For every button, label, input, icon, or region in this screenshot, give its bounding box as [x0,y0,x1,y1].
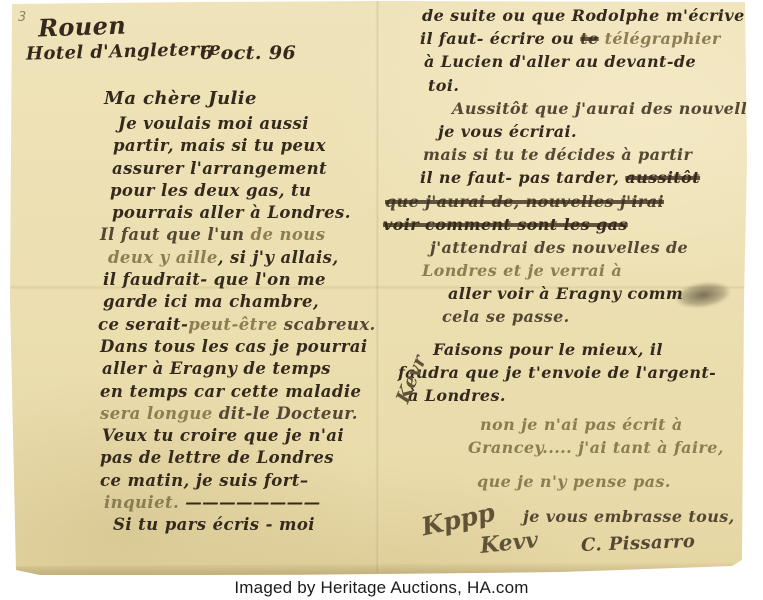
handwritten-line: que j'aurai de, nouvelles j'irai [380,192,763,215]
handwritten-line: faudra que je t'envoie de l'argent- [380,363,763,386]
ink-segment: Veux tu croire que je n'ai [102,426,344,445]
caption-text: Imaged by Heritage Auctions, HA.com [234,578,528,598]
handwritten-line: ce serait-peut-être scabreux. [96,315,376,337]
handwritten-line: Dans tous les cas je pourrai [96,337,376,359]
letter-signature: C. Pissarro [581,531,696,556]
ink-segment: à Londres. [408,386,506,405]
ink-segment: Grancey..... j'ai tant à faire, [468,438,724,457]
handwritten-line: Grancey..... j'ai tant à faire, [380,438,763,461]
ink-segment: que j'aurai de, nouvelles j'irai [385,192,664,211]
handwritten-line: à Londres. [380,386,763,409]
handwritten-line: pourrais aller à Londres. [96,203,376,225]
ink-segment: aussitôt [625,168,700,187]
handwritten-line: à Lucien d'aller au devant-de [380,52,763,75]
ink-segment: il ne faut- pas tarder, [420,168,625,187]
handwritten-line: aller voir à Eragny comm [380,284,763,307]
ink-segment: partir, mais si tu peux [113,136,326,155]
letter-paper: 3 Rouen Hotel d'Angleterre. 6 oct. 96 Ma… [0,0,763,600]
handwritten-line: assurer l'arrangement [96,159,376,181]
handwritten-line: Londres et je verrai à [380,261,763,284]
handwritten-line: en temps car cette maladie [96,382,376,404]
handwritten-line: inquiet. ———————— [96,493,376,515]
ink-segment: peut-être [188,315,277,334]
handwritten-line: deux y aille, si j'y allais, [96,248,376,270]
ink-segment: assurer l'arrangement [112,159,327,178]
handwritten-line: je vous écrirai. [380,122,763,145]
letter-right-column: de suite ou que Rodolphe m'écriveil faut… [380,6,763,495]
ink-segment: Je voulais moi aussi [118,114,309,133]
ink-segment: pourrais aller à Londres. [112,203,351,222]
page-number-pencil-mark: 3 [18,10,26,25]
ink-segment: pour les deux gas, tu [110,181,311,200]
handwritten-line: Je voulais moi aussi [96,114,376,136]
ink-segment: aller voir à Eragny comm [448,284,683,303]
ink-segment: ce serait- [98,315,188,334]
letter-salutation: Ma chère Julie [104,88,257,109]
handwritten-line: que je n'y pense pas. [380,472,763,495]
ink-segment: Londres et je verrai à [422,261,622,280]
letter-left-column: Je voulais moi aussipartir, mais si tu p… [96,114,376,538]
handwritten-line: il faudrait- que l'on me [96,270,376,292]
ink-segment: dit-le Docteur. [219,404,358,423]
ink-segment: deux y aille [108,248,218,267]
handwritten-line: de suite ou que Rodolphe m'écrive [380,6,763,29]
handwritten-line: toi. [380,76,763,99]
ink-segment: Aussitôt que j'aurai des nouvelles [452,99,763,118]
ink-segment: Si tu pars écris - moi [113,515,315,534]
ink-segment: aller à Eragny de temps [102,359,331,378]
ink-segment: toi. [428,76,459,95]
letter-valediction: je vous embrasse tous, [523,507,735,526]
ink-segment: en temps car cette maladie [100,382,361,401]
handwritten-line: mais si tu te décides à partir [380,145,763,168]
handwritten-line: il faut- écrire ou te télégraphier [380,29,763,52]
caption-bar: Imaged by Heritage Auctions, HA.com [0,575,763,600]
handwritten-line: voir comment sont les gas [380,215,763,238]
ink-segment: garde ici ma chambre, [103,292,319,311]
handwritten-line: j'attendrai des nouvelles de [380,238,763,261]
ink-segment: te [580,29,598,48]
ink-segment: il faut- écrire ou [420,29,580,48]
ink-segment: mais si tu te décides à partir [423,145,692,164]
handwritten-line: pour les deux gas, tu [96,181,376,203]
ink-segment: scabreux. [278,315,376,334]
ink-segment: je vous écrirai. [438,122,577,141]
handwritten-line: Faisons pour le mieux, il [380,340,763,363]
ink-segment: à Lucien d'aller au devant-de [424,52,696,71]
pen-scribble: Kevv [479,527,540,559]
handwritten-line: Si tu pars écris - moi [96,515,376,537]
ink-segment: que je n'y pense pas. [477,472,671,491]
handwritten-line: aller à Eragny de temps [96,359,376,381]
ink-segment: Il faut que l'un [100,225,251,244]
ink-segment: cela se passe. [442,307,570,326]
letter-address: Hotel d'Angleterre. [26,38,228,64]
ink-segment: il faudrait- que l'on me [103,270,326,289]
handwritten-line: il ne faut- pas tarder, aussitôt [380,168,763,191]
handwritten-line: pas de lettre de Londres [96,448,376,470]
ink-segment: voir comment sont les gas [383,215,628,234]
handwritten-line: ce matin, je suis fort– [96,471,376,493]
ink-segment: faudra que je t'envoie de l'argent- [398,363,716,382]
ink-segment: non je n'ai pas écrit à [480,415,683,434]
handwritten-line: sera longue dit-le Docteur. [96,404,376,426]
letter-date: 6 oct. 96 [200,42,296,64]
handwritten-line: Veux tu croire que je n'ai [96,426,376,448]
handwritten-line: partir, mais si tu peux [96,136,376,158]
ink-segment: j'attendrai des nouvelles de [430,238,688,257]
ink-segment: Faisons pour le mieux, il [433,340,663,359]
ink-segment: ———————— [185,493,320,512]
ink-segment: pas de lettre de Londres [100,448,334,467]
handwritten-line: Il faut que l'un de nous [96,225,376,247]
handwritten-line: non je n'ai pas écrit à [380,415,763,438]
ink-segment: Dans tous les cas je pourrai [100,337,368,356]
ink-segment: de suite ou que Rodolphe m'écrive [422,6,745,25]
ink-segment: sera longue [100,404,219,423]
scanned-letter-page: 3 Rouen Hotel d'Angleterre. 6 oct. 96 Ma… [0,0,763,600]
ink-segment: , si j'y allais, [218,248,339,267]
handwritten-line: cela se passe. [380,307,763,330]
handwritten-line: Aussitôt que j'aurai des nouvelles [380,99,763,122]
ink-segment: inquiet. [104,493,185,512]
ink-segment: télégraphier [599,29,721,48]
ink-segment: de nous [251,225,326,244]
letter-place: Rouen [38,10,127,42]
ink-segment: ce matin, je suis fort– [100,471,308,490]
handwritten-line: garde ici ma chambre, [96,292,376,314]
